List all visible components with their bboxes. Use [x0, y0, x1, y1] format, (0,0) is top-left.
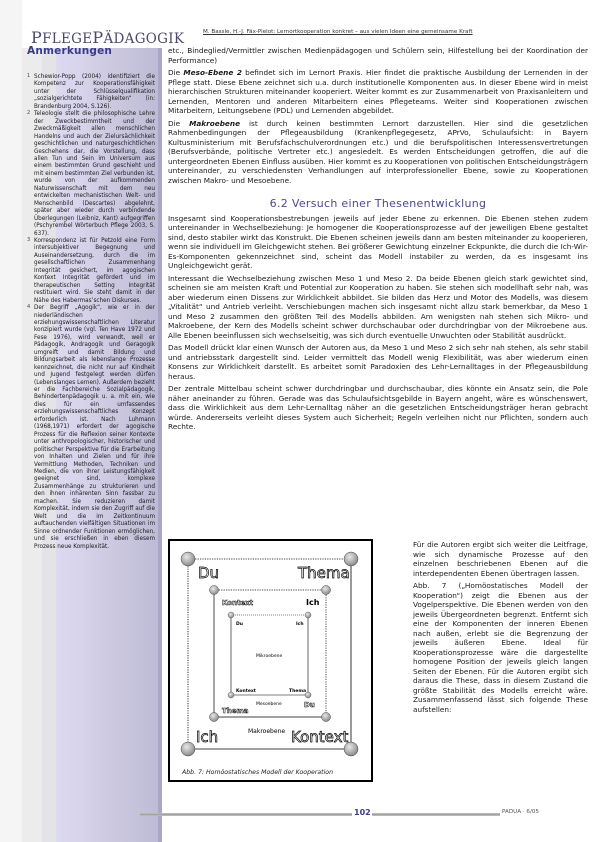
page-margin [0, 0, 22, 842]
label-micro-thema: Thema [289, 688, 306, 694]
label-meso-ich: Ich [306, 598, 320, 607]
footnote: 2Teleologie stellt die philosophische Le… [25, 111, 155, 238]
right-column-text: Für die Autoren ergibt sich weiter die L… [413, 540, 588, 717]
footnote: 4Der Begriff „Agogik“, wie er in der nie… [25, 305, 155, 551]
footnotes: 1Schewior-Popp (2004) identifiziert die … [25, 74, 155, 551]
label-makroebene: Makroebene [248, 728, 285, 735]
paragraph: Das Modell drückt klar einen Wunsch der … [168, 343, 588, 381]
figure-cooperation-model: Du Thema Ich Kontext Kontext Ich Thema D… [168, 539, 373, 782]
paragraph-meso-ebene-2: Die Meso-Ebene 2 befindet sich im Lernor… [168, 68, 588, 116]
running-title: M. Bassle, H.-J. Fäx-Pielot: Lernortkoop… [203, 29, 588, 35]
footer-rule-left [140, 813, 352, 816]
paragraph: Für die Autoren ergibt sich weiter die L… [413, 540, 588, 578]
paragraph: Abb. 7 („Homöostatisches Modell der Koop… [413, 581, 588, 714]
label-outer-du: Du [198, 564, 219, 582]
label-outer-kontext: Kontext [291, 728, 348, 746]
label-micro-ich: Ich [296, 621, 304, 627]
label-micro-du: Du [236, 621, 243, 627]
main-text: etc., Bindeglied/Vermittler zwischen Med… [168, 46, 588, 435]
label-outer-ich: Ich [196, 728, 218, 746]
footer-journal: PADUA · 6/05 [502, 809, 539, 815]
label-meso-kontext: Kontext [222, 599, 254, 607]
paragraph-makroebene: Die Makroebene ist durch keinen bestimmt… [168, 119, 588, 186]
paragraph: Insgesamt sind Kooperationsbestrebungen … [168, 214, 588, 271]
figure-caption: Abb. 7: Homöostatisches Modell der Koope… [182, 769, 333, 776]
footnote: 3Korrespondenz ist für Petzold eine Form… [25, 238, 155, 305]
label-micro-kontext: Kontext [236, 688, 257, 694]
footnote: 1Schewior-Popp (2004) identifiziert die … [25, 74, 155, 111]
footer-rule-right [372, 813, 500, 816]
sidebar-edge [158, 48, 162, 842]
label-meso-du: Du [304, 701, 315, 709]
paragraph: etc., Bindeglied/Vermittler zwischen Med… [168, 46, 588, 65]
paragraph: Interessant die Wechselbeziehung zwische… [168, 274, 588, 341]
cooperation-diagram: Du Thema Ich Kontext Kontext Ich Thema D… [176, 547, 363, 765]
label-mikroebene: Mikroebene [256, 653, 282, 659]
page-number: 102 [354, 808, 371, 817]
label-meso-thema: Thema [222, 707, 249, 715]
sidebar-title: Anmerkungen [27, 45, 112, 57]
section-heading: 6.2 Versuch einer Thesenentwicklung [168, 199, 588, 209]
label-outer-thema: Thema [297, 564, 350, 582]
term: Makroebene [189, 119, 240, 128]
label-mesoebene: Mesoebene [256, 701, 282, 707]
paragraph: Der zentrale Mittelbau scheint schwer du… [168, 384, 588, 432]
term: Meso-Ebene 2 [183, 68, 241, 77]
